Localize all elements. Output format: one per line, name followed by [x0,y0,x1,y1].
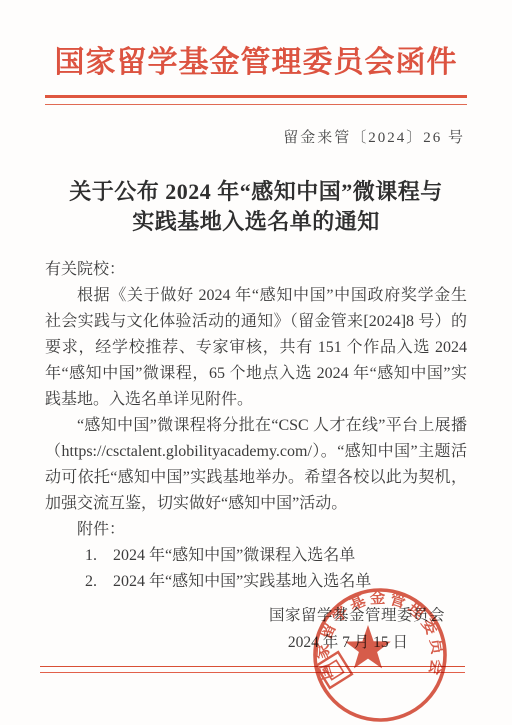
attachments-label: 附件： [45,517,467,543]
document-title: 关于公布 2024 年“感知中国”微课程与 实践基地入选名单的通知 [0,177,512,237]
attachment-1-title: 2024 年“感知中国”微课程入选名单 [113,543,355,569]
salutation: 有关院校： [45,257,467,283]
attachment-2-number: 2. [85,569,97,595]
document-title-line-1: 关于公布 2024 年“感知中国”微课程与 [0,177,512,207]
attachment-1-number: 1. [85,543,97,569]
scanned-letter-page: 国家留学基金管理委员会函件 留金来管〔2024〕26 号 关于公布 2024 年… [0,0,512,725]
reference-number: 留金来管〔2024〕26 号 [0,126,465,147]
attachment-item-1: 1. 2024 年“感知中国”微课程入选名单 [45,543,467,569]
seal-star [345,625,391,668]
official-seal-stamp: 国家留学基金管理委员会 [306,581,454,725]
paragraph-1: 根据《关于做好 2024 年“感知中国”中国政府奖学金生社会实践与文化体验活动的… [45,283,467,413]
paragraph-2: “感知中国”微课程将分批在“CSC 人才在线”平台上展播（https://csc… [45,413,467,517]
document-title-line-2: 实践基地入选名单的通知 [0,207,512,237]
seal-ring-text: 国家留学基金管理委员会 [313,588,447,683]
letter-body: 有关院校： 根据《关于做好 2024 年“感知中国”中国政府奖学金生社会实践与文… [0,257,512,595]
letterhead-rule [45,95,467,105]
letterhead-title: 国家留学基金管理委员会函件 [0,0,512,82]
